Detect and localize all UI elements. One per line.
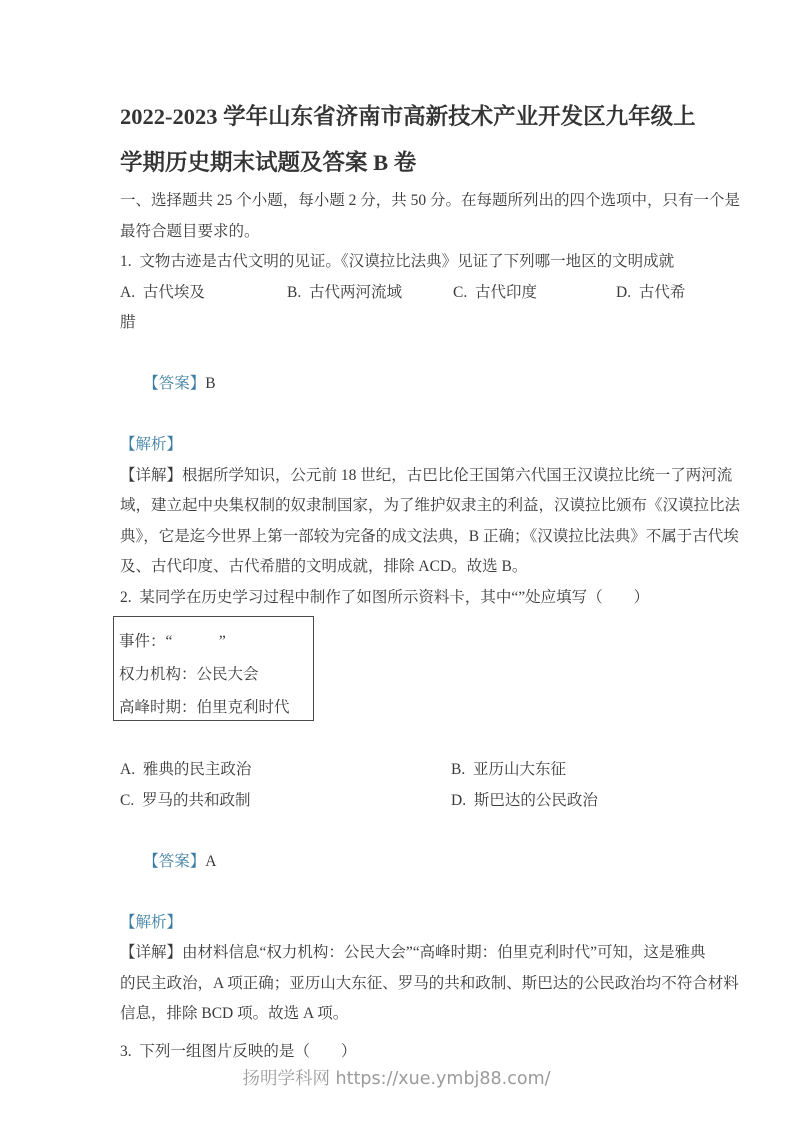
footer-url-link[interactable]: https://xue.ymbj88.com/ bbox=[336, 1069, 551, 1089]
q1-option-a: A. 古代埃及 bbox=[120, 278, 287, 309]
q1-option-c: C. 古代印度 bbox=[453, 278, 616, 309]
q1-analysis-label: 【解析】 bbox=[120, 430, 688, 461]
footer-site-name: 扬明学科网 bbox=[242, 1069, 335, 1089]
q1-answer-value: B bbox=[205, 375, 215, 392]
footer-watermark: 扬明学科网 https://xue.ymbj88.com/ bbox=[0, 1067, 793, 1091]
q1-detail-line-4: 及、古代印度、古代希腊的文明成就，排除 ACD。故选 B。 bbox=[120, 552, 688, 583]
q1-answer-row: 【答案】B bbox=[120, 339, 688, 431]
q2-info-card: 事件：“ ” 权力机构：公民大会 高峰时期：伯里克利时代 bbox=[113, 616, 314, 721]
document-content: 2022-2023 学年山东省济南市高新技术产业开发区九年级上 学期历史期末试题… bbox=[120, 94, 688, 1067]
q2-card-peak-line: 高峰时期：伯里克利时代 bbox=[119, 691, 313, 724]
q2-answer-row: 【答案】A bbox=[120, 816, 688, 908]
section-instructions-line-1: 一、选择题共 25 个小题，每小题 2 分，共 50 分。在每题所列出的四个选项… bbox=[120, 186, 688, 217]
q2-option-b: B. 亚历山大东征 bbox=[451, 755, 688, 786]
exam-document-page: 2022-2023 学年山东省济南市高新技术产业开发区九年级上 学期历史期末试题… bbox=[0, 0, 793, 1122]
q2-option-d: D. 斯巴达的公民政治 bbox=[451, 786, 688, 817]
q1-detail-line-3: 典》，它是迄今世界上第一部较为完备的成文法典，B 正确；《汉谟拉比法典》不属于古… bbox=[120, 522, 688, 553]
q1-options-row: A. 古代埃及 B. 古代两河流域 C. 古代印度 D. 古代希 bbox=[120, 278, 688, 309]
section-instructions-line-2: 最符合题目要求的。 bbox=[120, 217, 688, 248]
q2-detail-line-3: 信息，排除 BCD 项。故选 A 项。 bbox=[120, 999, 688, 1030]
q1-detail-line-1: 【详解】根据所学知识，公元前 18 世纪，古巴比伦王国第六代国王汉谟拉比统一了两… bbox=[120, 461, 688, 492]
q3-question: 3. 下列一组图片反映的是（ ） bbox=[120, 1037, 688, 1068]
q1-answer-label: 【答案】 bbox=[143, 375, 205, 392]
page-title: 2022-2023 学年山东省济南市高新技术产业开发区九年级上 学期历史期末试题… bbox=[120, 94, 688, 186]
q2-options-row-2: C. 罗马的共和政制 D. 斯巴达的公民政治 bbox=[120, 786, 688, 817]
q2-question: 2. 某同学在历史学习过程中制作了如图所示资料卡，其中“”处应填写（ ） bbox=[120, 583, 688, 614]
q1-option-d-wrap: 腊 bbox=[120, 308, 688, 339]
q2-answer-label: 【答案】 bbox=[143, 853, 205, 870]
q2-card-event-line: 事件：“ ” bbox=[119, 625, 313, 658]
q2-detail-line-2: 的民主政治，A 项正确；亚历山大东征、罗马的共和政制、斯巴达的公民政治均不符合材… bbox=[120, 969, 688, 1000]
q2-option-a: A. 雅典的民主政治 bbox=[120, 755, 451, 786]
q1-option-d: D. 古代希 bbox=[616, 278, 688, 309]
q2-card-authority-line: 权力机构：公民大会 bbox=[119, 658, 313, 691]
q2-option-c: C. 罗马的共和政制 bbox=[120, 786, 451, 817]
page-title-line-1: 2022-2023 学年山东省济南市高新技术产业开发区九年级上 bbox=[120, 94, 688, 140]
page-title-line-2: 学期历史期末试题及答案 B 卷 bbox=[120, 140, 688, 186]
q2-analysis-label: 【解析】 bbox=[120, 908, 688, 939]
q1-question: 1. 文物古迹是古代文明的见证。《汉谟拉比法典》见证了下列哪一地区的文明成就 bbox=[120, 247, 688, 278]
q1-detail-line-2: 域，建立起中央集权制的奴隶制国家，为了维护奴隶主的利益，汉谟拉比颁布《汉谟拉比法 bbox=[120, 491, 688, 522]
q2-answer-value: A bbox=[205, 853, 216, 870]
q2-options-row-1: A. 雅典的民主政治 B. 亚历山大东征 bbox=[120, 755, 688, 786]
q2-detail-line-1: 【详解】由材料信息“权力机构：公民大会”“高峰时期：伯里克利时代”可知，这是雅典 bbox=[120, 938, 688, 969]
q1-option-b: B. 古代两河流域 bbox=[287, 278, 453, 309]
